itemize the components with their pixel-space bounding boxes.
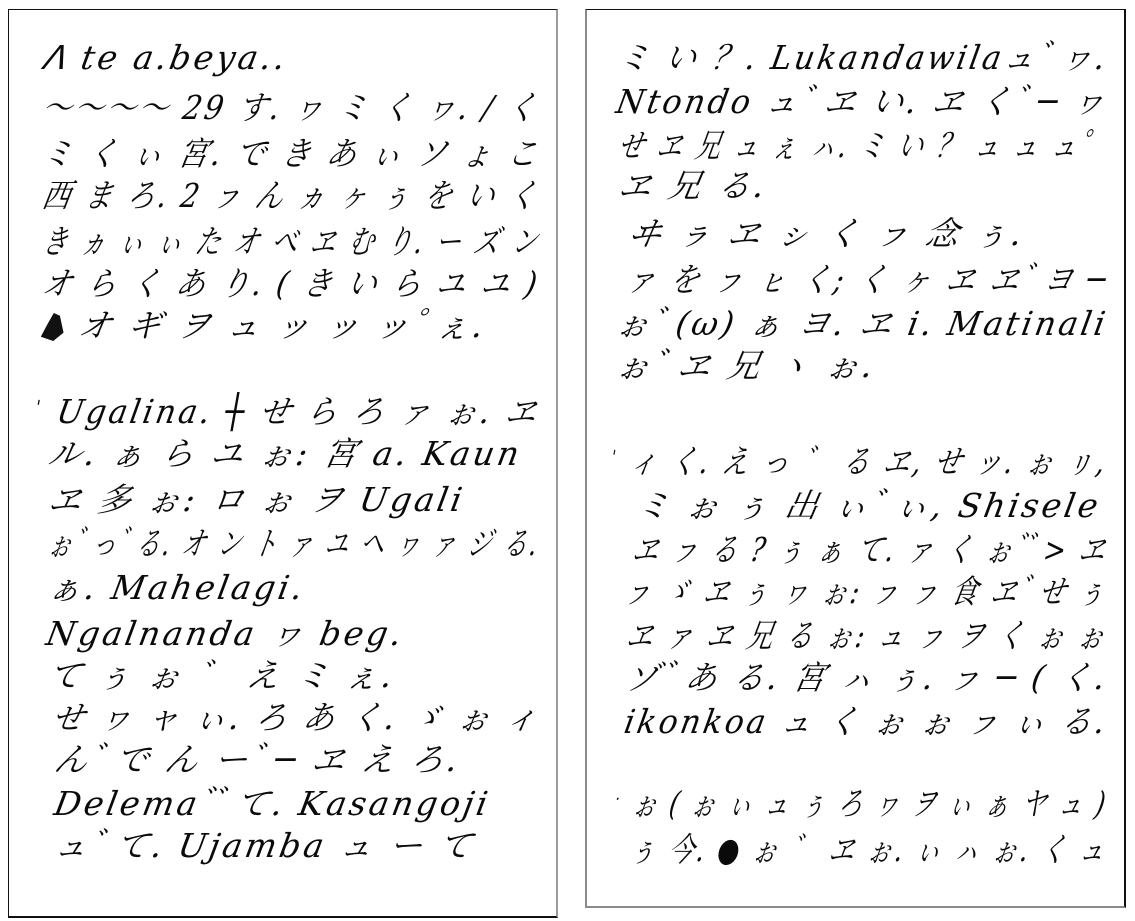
handwritten-line: 西 ま ろ. 2 ㇷ ん ヵ ヶ ぅ を い く [39,170,544,217]
handwritten-line: ミ い ？. Lukandawilaュ ゙ ヮ. [615,32,1112,79]
handwritten-line: き ヵ ぃ ぃ た オ べ ヱ む り. ー ズ ン [39,216,545,263]
handwritten-line-with-ink-blot: オ ギ ヲ ュ ッ ッ ッ ゚ ぇ. [39,300,491,347]
handwritten-line: ぅ 今. ● ぉ ゛ ヱ ぉ. ぃ ㇵ ぉ. く ュ [627,824,1112,871]
handwritten-line: Ntondo ュ ゙ ヱ い. ヱ く ゙ ─ ヮ [613,76,1112,123]
handwritten-line: ぉ ゙ っ ゙ る. オ ン ト ァ ユ ヘ ヮ ァ ジ る. [45,518,544,565]
handwritten-text: ィ く. え っ ゛ る ヱ, せ ッ. ぉ ㇼ, [627,442,1111,481]
notebook-page-right: ミ い ？. Lukandawilaュ ゙ ヮ. Ntondo ュ ゙ ヱ い.… [585,9,1126,908]
tick-mark-icon: · [614,789,624,810]
handwritten-line: ミ く ぃ 宮. で き あ ぃ ソ ょ こ [39,128,545,175]
handwritten-line: て ぅ ぉ ゛ え ミ ぇ. [45,650,400,697]
handwritten-line: オ ら く あ り. ( き い ら ユ ユ ) [39,258,544,305]
handwritten-line: ぁ. Mahelagi. [45,562,310,609]
handwritten-line: ヰ ㇻ ヱ ㇱ く ㇷ 念 ぅ. [625,208,1029,255]
handwritten-line: ikonkoa ュ く ぉ ぉ ㇷ ぃ る. [621,696,1112,743]
handwritten-text: Ugalina. ┼ せ ら ろ ァ ぉ. ヱ [54,392,543,431]
handwritten-line: ん ゙ で ん ー ゙ ─ ヱ え ろ. [51,734,465,781]
notebook-page-left: ᐱ te a.beya.. 〜〜〜〜 29 す. ヮ ミ く ヮ. / く ミ … [8,9,558,918]
handwritten-text: オ ギ ヲ ュ ッ ッ ッ ゚ ぇ. [75,306,489,345]
handwritten-line: Delema ゙ ゙ て. Kasangoji [51,778,495,825]
handwritten-line: ュ ゙ て. Ujamba ュ ー て [51,820,479,867]
handwritten-line: 'Ugalina. ┼ せ ら ろ ァ ぉ. ヱ [31,386,544,433]
handwritten-line: Ngalnanda ヮ beg. [43,608,409,655]
handwritten-line: ゾ ゙ あ る. 宮 ㇵ ぅ. ㇷ ─ ( く. [623,652,1112,699]
handwritten-line: ㇷ ゞ ヱ ぅ ヮ ぉ: ㇷ ㇷ 食 ヱ ゙ せ ぅ [621,566,1112,613]
handwritten-line: 'ィ く. え っ ゛ る ヱ, せ ッ. ぉ ㇼ, [607,436,1112,483]
handwritten-line: ヱ 多 ぉ: ロ ぉ ヲ Ugali [45,474,469,521]
ink-blot-icon [40,313,67,341]
tick-mark-icon: ' [610,447,620,468]
handwritten-line: せ ヮ ャ ぃ. ろ あ く. ゞ ぉ ィ [49,692,545,739]
tick-mark-icon: ' [34,397,45,418]
handwritten-line: ヱ ㇷ る ? ぅ ぁ て. ァ く ぉ ゙ ゙ > ヱ [629,524,1112,571]
handwritten-text: ぉ ( ぉ ぃ ュ ぅ ろ ヮ ヲ ぃ ぁ ヤ ュ ) [630,784,1111,823]
handwritten-line: ·ぉ ( ぉ ぃ ュ ぅ ろ ヮ ヲ ぃ ぁ ヤ ュ ) [611,778,1112,825]
handwritten-line: ミ ぉ ぅ 出 ぃ ゙ ぃ, Shisele [633,480,1105,527]
handwritten-line: 〜〜〜〜 29 す. ヮ ミ く ヮ. / く [39,82,544,129]
handwritten-line: ヱ 兄 る. [615,160,772,207]
handwritten-line: ぉ ゙ (ω) ぁ ヨ. ヱ i. Matinali [613,298,1112,345]
handwritten-line: ヱ ァ ヱ 兄 る ぉ: ュ ㇷ ヲ く ぉ ぉ [623,610,1112,657]
handwritten-line: ᐱ te a.beya.. [39,38,291,77]
handwritten-line: ぉ ゙ ヱ 兄 ヽ ぉ. [613,340,880,387]
handwritten-line: ル. ぁ ら ユ ぉ: 宮 a. Kaun [45,428,526,475]
handwritten-line: ァ を ㇷ ㇶ く; く ヶ ヱ ヱ ゙ ヨ ─ [623,254,1113,301]
